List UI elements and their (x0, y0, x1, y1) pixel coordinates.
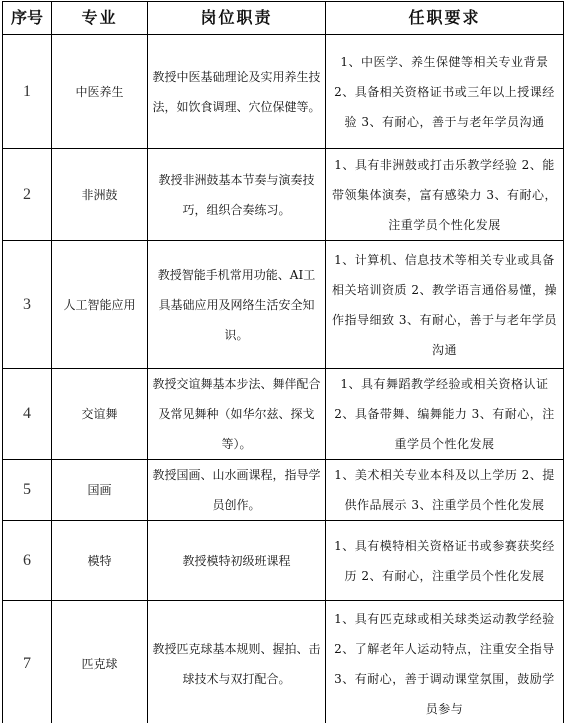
major-cell: 国画 (52, 460, 148, 521)
table-row: 3 人工智能应用 教授智能手机常用功能、AI工具基础应用及网络生活安全知识。 1… (3, 241, 564, 369)
duties-cell: 教授交谊舞基本步法、舞伴配合及常见舞种（如华尔兹、探戈等）。 (148, 369, 326, 460)
major-cell: 匹克球 (52, 601, 148, 723)
row-number: 6 (3, 521, 52, 601)
row-number: 4 (3, 369, 52, 460)
major-cell: 中医养生 (52, 35, 148, 149)
duties-cell: 教授模特初级班课程 (148, 521, 326, 601)
duties-cell: 教授匹克球基本规则、握拍、击球技术与双打配合。 (148, 601, 326, 723)
table-row: 2 非洲鼓 教授非洲鼓基本节奏与演奏技巧，组织合奏练习。 1、具有非洲鼓或打击乐… (3, 149, 564, 241)
row-number: 1 (3, 35, 52, 149)
duties-cell: 教授中医基础理论及实用养生技法，如饮食调理、穴位保健等。 (148, 35, 326, 149)
major-cell: 人工智能应用 (52, 241, 148, 369)
requirements-cell: 1、美术相关专业本科及以上学历 2、提供作品展示 3、注重学员个性化发展 (326, 460, 564, 521)
row-number: 3 (3, 241, 52, 369)
requirements-cell: 1、具有非洲鼓或打击乐教学经验 2、能带领集体演奏，富有感染力 3、有耐心，注重… (326, 149, 564, 241)
header-major: 专业 (52, 2, 148, 35)
header-duties: 岗位职责 (148, 2, 326, 35)
header-row: 序号 专业 岗位职责 任职要求 (3, 2, 564, 35)
table-row: 7 匹克球 教授匹克球基本规则、握拍、击球技术与双打配合。 1、具有匹克球或相关… (3, 601, 564, 723)
requirements-cell: 1、具有模特相关资格证书或参赛获奖经历 2、有耐心，注重学员个性化发展 (326, 521, 564, 601)
table-row: 5 国画 教授国画、山水画课程，指导学员创作。 1、美术相关专业本科及以上学历 … (3, 460, 564, 521)
row-number: 7 (3, 601, 52, 723)
row-number: 5 (3, 460, 52, 521)
table-row: 1 中医养生 教授中医基础理论及实用养生技法，如饮食调理、穴位保健等。 1、中医… (3, 35, 564, 149)
duties-cell: 教授智能手机常用功能、AI工具基础应用及网络生活安全知识。 (148, 241, 326, 369)
requirements-cell: 1、具有匹克球或相关球类运动教学经验 2、了解老年人运动特点，注重安全指导 3、… (326, 601, 564, 723)
duties-cell: 教授非洲鼓基本节奏与演奏技巧，组织合奏练习。 (148, 149, 326, 241)
header-requirements: 任职要求 (326, 2, 564, 35)
row-number: 2 (3, 149, 52, 241)
table-row: 4 交谊舞 教授交谊舞基本步法、舞伴配合及常见舞种（如华尔兹、探戈等）。 1、具… (3, 369, 564, 460)
header-no: 序号 (3, 2, 52, 35)
major-cell: 非洲鼓 (52, 149, 148, 241)
job-requirements-table: 序号 专业 岗位职责 任职要求 1 中医养生 教授中医基础理论及实用养生技法，如… (2, 1, 564, 723)
requirements-cell: 1、中医学、养生保健等相关专业背景 2、具备相关资格证书或三年以上授课经验 3、… (326, 35, 564, 149)
major-cell: 模特 (52, 521, 148, 601)
table-row: 6 模特 教授模特初级班课程 1、具有模特相关资格证书或参赛获奖经历 2、有耐心… (3, 521, 564, 601)
duties-cell: 教授国画、山水画课程，指导学员创作。 (148, 460, 326, 521)
major-cell: 交谊舞 (52, 369, 148, 460)
requirements-cell: 1、具有舞蹈教学经验或相关资格认证 2、具备带舞、编舞能力 3、有耐心，注重学员… (326, 369, 564, 460)
requirements-cell: 1、计算机、信息技术等相关专业或具备相关培训资质 2、教学语言通俗易懂，操作指导… (326, 241, 564, 369)
